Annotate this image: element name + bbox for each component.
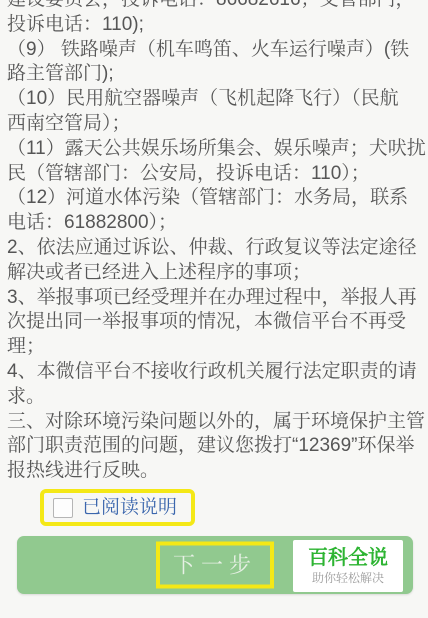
complaint-instructions-page: 建设委员会，投诉电话：86682616；交管部门，投诉电话：110);（9） 铁… <box>0 0 428 618</box>
watermark-badge: 百科全说 助你轻松解决 <box>293 540 403 592</box>
watermark-title: 百科全说 <box>308 546 388 570</box>
checkbox-highlight-box: 已阅读说明 <box>40 489 195 526</box>
notice-line: 理； <box>7 335 425 360</box>
notice-line: 解决或者已经进入上述程序的事项； <box>7 261 425 286</box>
notice-line: 报热线进行反映。 <box>7 459 425 484</box>
notice-line: 路主管部门); <box>7 62 425 87</box>
read-confirm-label[interactable]: 已阅读说明 <box>82 497 177 518</box>
notice-line: 4、本微信平台不接收行政机关履行法定职责的请 <box>7 360 425 385</box>
notice-line: 建设委员会，投诉电话：86682616；交管部门， <box>7 0 425 13</box>
notice-line: 2、依法应通过诉讼、仲裁、行政复议等法定途径 <box>7 236 425 261</box>
next-button-highlight-box: 下一步 <box>156 542 274 589</box>
notice-line: 民（管辖部门：公安局，投诉电话：110）； <box>7 162 425 187</box>
notice-line: （11）露天公共娱乐场所集会、娱乐噪声；犬吠扰 <box>7 137 425 162</box>
notice-line: 三、对除环境污染问题以外的，属于环境保护主管 <box>7 410 425 435</box>
notice-line: 投诉电话：110); <box>7 13 425 38</box>
notice-text: 建设委员会，投诉电话：86682616；交管部门，投诉电话：110);（9） 铁… <box>7 0 425 484</box>
notice-line: （12）河道水体污染（管辖部门：水务局，联系 <box>7 186 425 211</box>
notice-line: 西南空管局）； <box>7 112 425 137</box>
notice-line: 电话：61882800）； <box>7 211 425 236</box>
notice-line: 部门职责范围的问题，建议您拨打“12369”环保举 <box>7 434 425 459</box>
notice-line: （9） 铁路噪声（机车鸣笛、火车运行噪声）(铁 <box>7 38 425 63</box>
watermark-subtitle: 助你轻松解决 <box>312 570 384 586</box>
read-confirm-checkbox[interactable] <box>53 498 73 518</box>
notice-line: （10）民用航空器噪声（飞机起降飞行）（民航 <box>7 87 425 112</box>
notice-line: 求。 <box>7 385 425 410</box>
notice-line: 3、举报事项已经受理并在办理过程中，举报人再 <box>7 286 425 311</box>
notice-line: 次提出同一举报事项的情况，本微信平台不再受 <box>7 310 425 335</box>
next-button-label: 下一步 <box>173 553 257 578</box>
